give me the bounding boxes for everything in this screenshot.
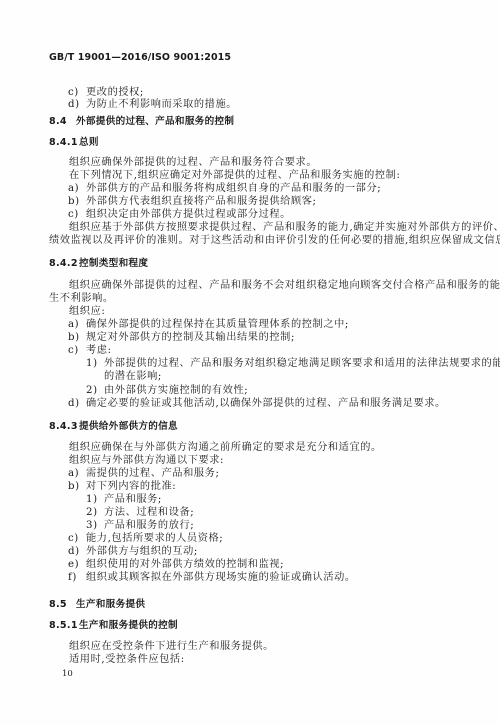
paragraph-line: 组织应基于外部供方按照要求提供过程、产品和服务的能力,确定并实施对外部供方的评价… — [69, 222, 500, 234]
section-number: 8.5 — [49, 599, 76, 611]
list-marker: 3) — [86, 520, 104, 532]
list-item-text: 产品和服务的放行; — [104, 520, 194, 531]
list-item-text: 组织使用的对外部供方绩效的控制和监视; — [86, 559, 284, 570]
list-item: a)确保外部提供的过程保持在其质量管理体系的控制之中; — [68, 319, 349, 331]
section-heading-8-4-1: 8.4.1总则 — [49, 137, 99, 149]
paragraph-line: 组织应确保在与外部供方沟通之前所确定的要求是充分和适宜的。 — [69, 442, 382, 454]
sub-list-item: 2)由外部供方实施控制的有效性; — [86, 385, 248, 397]
list-item: d)确定必要的验证或其他活动,以确保外部提供的过程、产品和服务满足要求。 — [68, 398, 446, 410]
list-item-text: 确保外部提供的过程保持在其质量管理体系的控制之中; — [86, 319, 349, 330]
list-item: c)考虑: — [68, 345, 112, 357]
standard-header: GB/T 19001—2016/ISO 9001:2015 — [49, 52, 231, 64]
list-item-text: 规定对外部供方的控制及其输出结果的控制; — [86, 332, 295, 343]
list-item-text: 组织决定由外部供方提供过程或部分过程。 — [86, 209, 291, 220]
list-item-text: 确定必要的验证或其他活动,以确保外部提供的过程、产品和服务满足要求。 — [86, 398, 446, 409]
list-item-text: 外部提供的过程、产品和服务对组织稳定地满足顾客要求和适用的法律法规要求的能力 — [104, 358, 500, 369]
sub-list-item: 2)方法、过程和设备; — [86, 507, 194, 519]
list-item-text: 产品和服务; — [104, 494, 162, 505]
list-marker: c) — [68, 209, 86, 221]
list-marker: c) — [68, 87, 86, 99]
sub-list-item: 3)产品和服务的放行; — [86, 520, 194, 532]
list-marker: a) — [68, 319, 86, 331]
page-number: 10 — [62, 668, 73, 680]
paragraph-line: 适用时,受控条件应包括: — [69, 654, 185, 666]
list-item-text: 组织或其顾客拟在外部供方现场实施的验证或确认活动。 — [86, 572, 356, 583]
list-item-text: 考虑: — [86, 345, 112, 356]
list-marker: d) — [68, 398, 86, 410]
section-title: 总则 — [79, 137, 99, 148]
list-marker: d) — [68, 99, 86, 111]
section-title: 生产和服务提供的控制 — [79, 620, 178, 631]
list-item: b)外部供方代表组织直接将产品和服务提供给顾客; — [68, 196, 317, 208]
list-marker: b) — [68, 332, 86, 344]
list-marker: 2) — [86, 507, 104, 519]
paragraph-line: 组织应与外部供方沟通以下要求: — [69, 455, 224, 467]
document-page: GB/T 19001—2016/ISO 9001:2015 c)更改的授权; d… — [0, 0, 500, 725]
list-item-text: 更改的授权; — [86, 87, 144, 98]
paragraph-line: 组织应在受控条件下进行生产和服务提供。 — [69, 641, 274, 653]
section-title: 控制类型和程度 — [79, 258, 148, 269]
list-item-text: 由外部供方实施控制的有效性; — [104, 385, 248, 396]
list-marker: c) — [68, 533, 86, 545]
list-marker: a) — [68, 183, 86, 195]
paragraph-line: 组织应确保外部提供的过程、产品和服务符合要求。 — [69, 157, 317, 169]
section-heading-8-4-3: 8.4.3提供给外部供方的信息 — [49, 421, 178, 433]
list-item: f)组织或其顾客拟在外部供方现场实施的验证或确认活动。 — [68, 572, 356, 584]
section-number: 8.4.1 — [49, 137, 79, 149]
list-item-text: 外部供方代表组织直接将产品和服务提供给顾客; — [86, 196, 317, 207]
section-number: 8.5.1 — [49, 620, 79, 632]
list-item-text: 外部供方的产品和服务将构成组织自身的产品和服务的一部分; — [86, 183, 381, 194]
list-marker: b) — [68, 196, 86, 208]
paragraph-line: 组织应: — [69, 306, 105, 318]
section-heading-8-5: 8.5生产和服务提供 — [49, 599, 145, 611]
section-number: 8.4.2 — [49, 258, 79, 270]
list-item: d)外部供方与组织的互动; — [68, 546, 198, 558]
section-title: 生产和服务提供 — [76, 599, 145, 610]
list-marker: 2) — [86, 385, 104, 397]
list-item: e)组织使用的对外部供方绩效的控制和监视; — [68, 559, 284, 571]
paragraph-line: 绩效监视以及再评价的准则。对于这些活动和由评价引发的任何必要的措施,组织应保留成… — [49, 235, 500, 247]
list-marker: d) — [68, 546, 86, 558]
list-marker: c) — [68, 345, 86, 357]
list-item: a)外部供方的产品和服务将构成组织自身的产品和服务的一部分; — [68, 183, 381, 195]
section-title: 提供给外部供方的信息 — [79, 421, 178, 432]
list-item-text: 外部供方与组织的互动; — [86, 546, 198, 557]
sub-list-item: 1)产品和服务; — [86, 494, 162, 506]
section-heading-8-4: 8.4外部提供的过程、产品和服务的控制 — [49, 116, 234, 128]
list-item: b)规定对外部供方的控制及其输出结果的控制; — [68, 332, 295, 344]
list-marker: b) — [68, 481, 86, 493]
paragraph-line: 的潜在影响; — [104, 371, 162, 383]
list-marker: 1) — [86, 358, 104, 370]
list-item: c)更改的授权; — [68, 87, 144, 99]
list-item-text: 能力,包括所要求的人员资格; — [86, 533, 223, 544]
list-item: c)能力,包括所要求的人员资格; — [68, 533, 223, 545]
list-item-text: 为防止不利影响而采取的措施。 — [86, 99, 237, 110]
paragraph-line: 组织应确保外部提供的过程、产品和服务不会对组织稳定地向顾客交付合格产品和服务的能… — [69, 280, 500, 292]
section-title: 外部提供的过程、产品和服务的控制 — [76, 116, 234, 127]
list-item-text: 方法、过程和设备; — [104, 507, 194, 518]
list-item-text: 需提供的过程、产品和服务; — [86, 468, 219, 479]
section-heading-8-4-2: 8.4.2控制类型和程度 — [49, 258, 148, 270]
list-item-text: 对下列内容的批准: — [86, 481, 176, 492]
sub-list-item: 1)外部提供的过程、产品和服务对组织稳定地满足顾客要求和适用的法律法规要求的能力 — [86, 358, 500, 370]
list-marker: 1) — [86, 494, 104, 506]
list-item: a)需提供的过程、产品和服务; — [68, 468, 219, 480]
section-number: 8.4.3 — [49, 421, 79, 433]
section-heading-8-5-1: 8.5.1生产和服务提供的控制 — [49, 620, 178, 632]
paragraph-line: 生不利影响。 — [49, 293, 114, 305]
list-item: d)为防止不利影响而采取的措施。 — [68, 99, 237, 111]
list-marker: e) — [68, 559, 86, 571]
section-number: 8.4 — [49, 116, 76, 128]
list-marker: a) — [68, 468, 86, 480]
paragraph-line: 在下列情况下,组织应确定对外部提供的过程、产品和服务实施的控制: — [69, 170, 401, 182]
list-marker: f) — [68, 572, 86, 584]
list-item: c)组织决定由外部供方提供过程或部分过程。 — [68, 209, 291, 221]
list-item: b)对下列内容的批准: — [68, 481, 176, 493]
